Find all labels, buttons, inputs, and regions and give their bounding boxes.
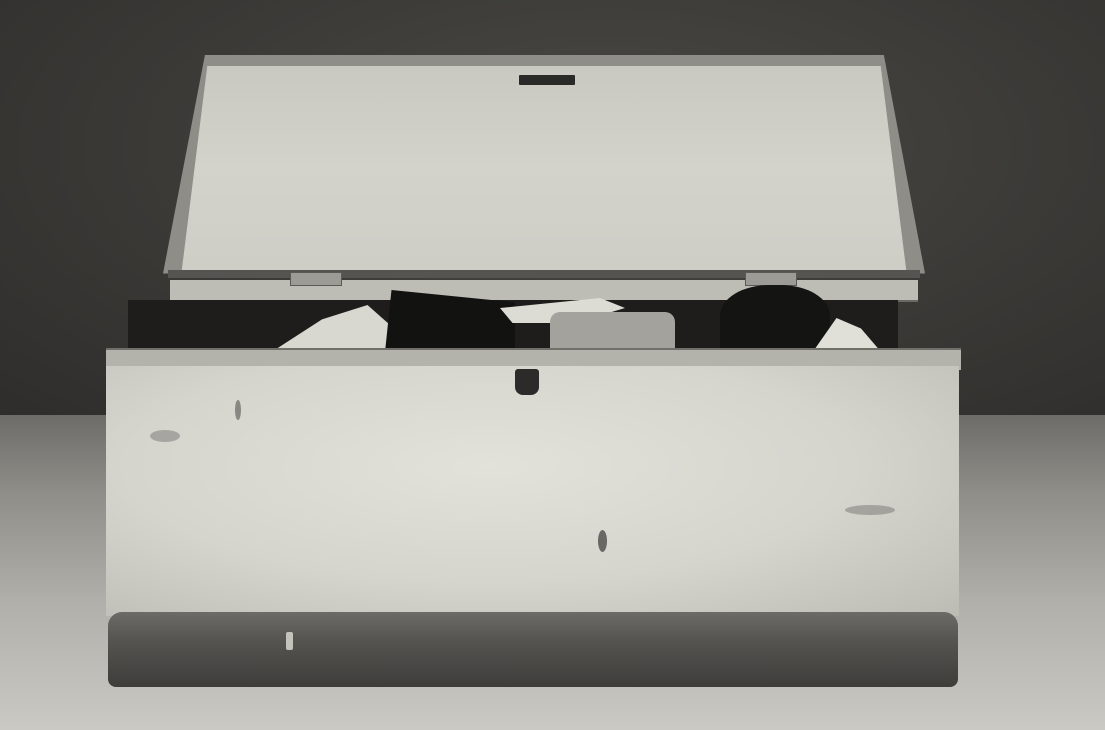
paint-chip [598, 530, 607, 552]
chest-lid-inner-panel [178, 66, 910, 271]
dark-garment-right [720, 285, 830, 353]
chest-front-panel [106, 366, 959, 616]
photograph [0, 0, 1105, 730]
scuff-mark [150, 430, 180, 442]
scuff-mark [235, 400, 241, 420]
scuff-mark [845, 505, 895, 515]
lid-hasp-icon [519, 75, 575, 85]
hinge-right-icon [745, 272, 797, 286]
lid-edge [168, 270, 920, 278]
keyhole-escutcheon-icon [515, 369, 539, 395]
paint-chip [286, 632, 293, 650]
hinge-left-icon [290, 272, 342, 286]
chest-base-molding [108, 612, 958, 687]
